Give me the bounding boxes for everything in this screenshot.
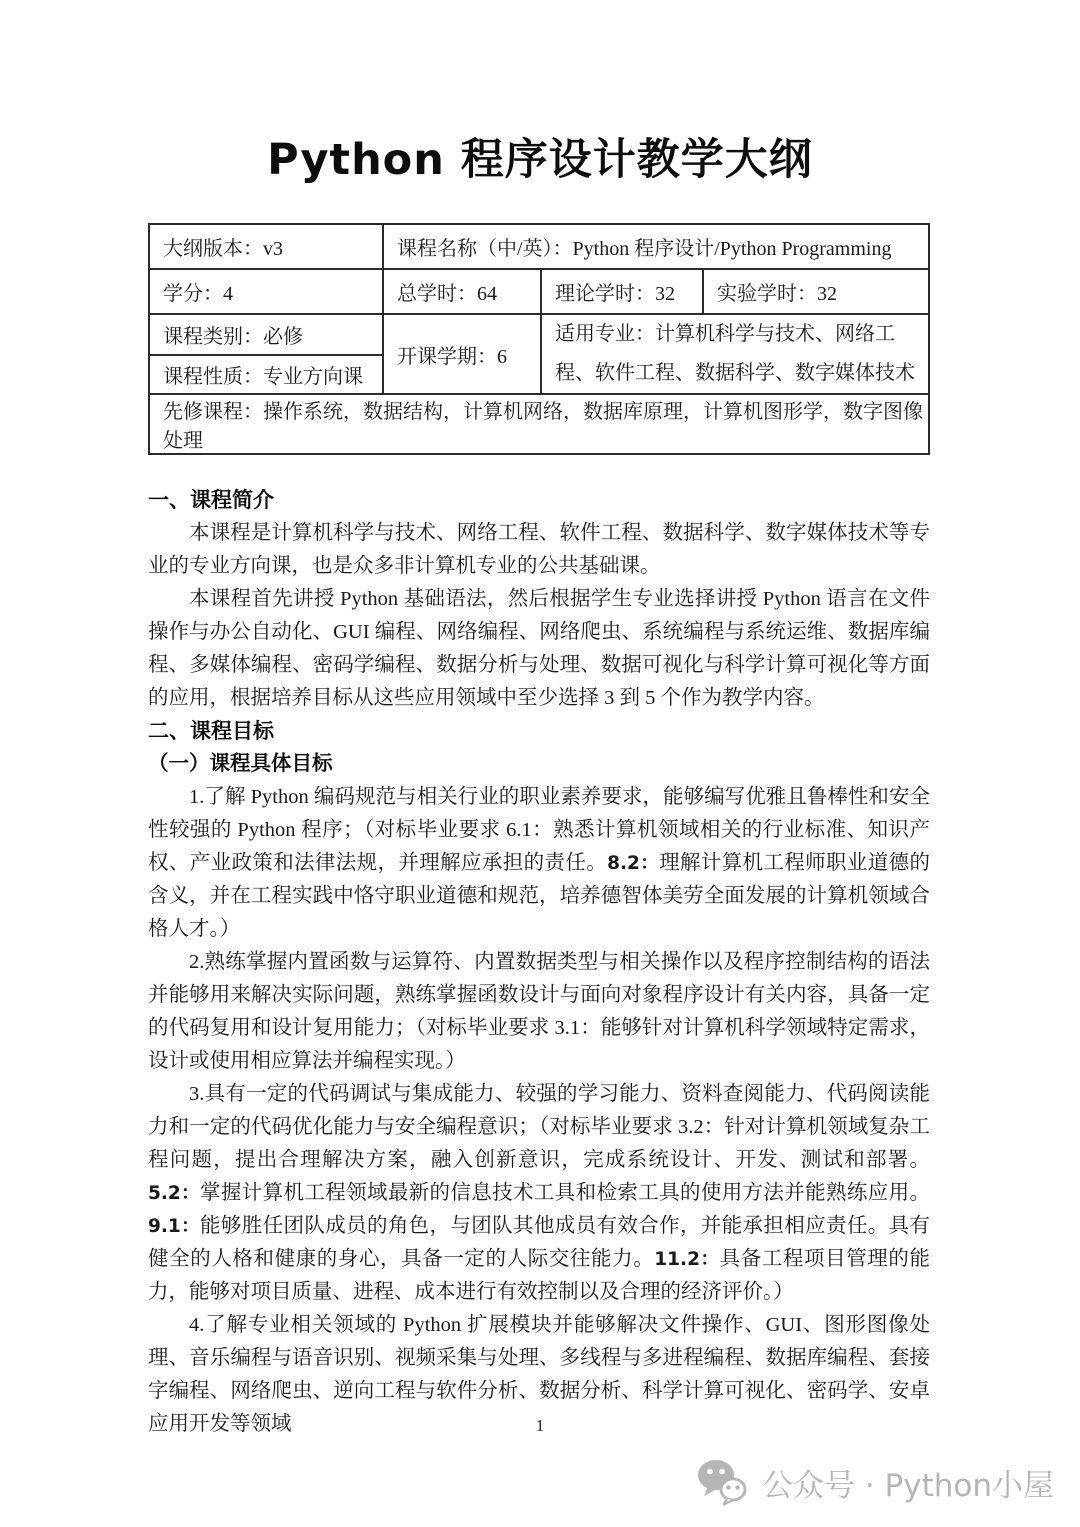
cell-prerequisites: 先修课程：操作系统，数据结构，计算机网络，数据库原理，计算机图形学，数字图像处理	[149, 394, 929, 454]
section-heading-goals: 二、课程目标	[148, 715, 930, 748]
document-page: Python 程序设计教学大纲 大纲版本：v3 课程名称（中/英）：Python…	[0, 0, 1080, 1527]
cell-majors: 适用专业：计算机科学与技术、网络工程、软件工程、数据科学、数字媒体技术	[541, 314, 929, 394]
cell-semester: 开课学期：6	[383, 314, 541, 394]
goal-paragraph-1: 1.了解 Python 编码规范与相关行业的职业素养要求，能够编写优雅且鲁棒性和…	[148, 781, 930, 946]
cell-theory-hours: 理论学时：32	[541, 269, 703, 314]
subsection-heading-specific-goals: （一）课程具体目标	[148, 748, 930, 781]
intro-paragraph-1: 本课程是计算机科学与技术、网络工程、软件工程、数据科学、数字媒体技术等专业的专业…	[148, 517, 930, 583]
cell-version: 大纲版本：v3	[149, 224, 383, 269]
goal-paragraph-2: 2.熟练掌握内置函数与运算符、内置数据类型与相关操作以及程序控制结构的语法并能够…	[148, 946, 930, 1078]
watermark: 公众号 · Python小屋	[696, 1458, 1054, 1506]
section-heading-intro: 一、课程简介	[148, 484, 930, 517]
goal1-requirement-number: 8.2：	[607, 853, 659, 874]
page-title: Python 程序设计教学大纲	[0, 126, 1080, 187]
table-row: 大纲版本：v3 课程名称（中/英）：Python 程序设计/Python Pro…	[149, 224, 929, 269]
goal2-text: 2.熟练掌握内置函数与运算符、内置数据类型与相关操作以及程序控制结构的语法并能够…	[148, 951, 930, 1072]
cell-credits: 学分：4	[149, 269, 383, 314]
cell-category: 课程类别：必修	[149, 314, 383, 355]
table-row: 学分：4 总学时：64 理论学时：32 实验学时：32	[149, 269, 929, 314]
wechat-icon	[696, 1458, 748, 1506]
goal3-text: 掌握计算机工程领域最新的信息技术工具和检索工具的使用方法并能熟练应用。	[200, 1182, 930, 1204]
document-body: 一、课程简介 本课程是计算机科学与技术、网络工程、软件工程、数据科学、数字媒体技…	[148, 484, 930, 1441]
course-info-table: 大纲版本：v3 课程名称（中/英）：Python 程序设计/Python Pro…	[148, 223, 930, 455]
goal-paragraph-3: 3.具有一定的代码调试与集成能力、较强的学习能力、资料查阅能力、代码阅读能力和一…	[148, 1078, 930, 1309]
goal3-requirement-number: 9.1：	[148, 1216, 200, 1237]
table-row: 先修课程：操作系统，数据结构，计算机网络，数据库原理，计算机图形学，数字图像处理	[149, 394, 929, 454]
cell-lab-hours: 实验学时：32	[703, 269, 929, 314]
watermark-text: 公众号 · Python小屋	[762, 1460, 1054, 1505]
cell-nature: 课程性质：专业方向课	[149, 355, 383, 395]
page-number: 1	[0, 1416, 1080, 1436]
cell-course-name: 课程名称（中/英）：Python 程序设计/Python Programming	[383, 224, 929, 269]
table-row: 课程类别：必修 开课学期：6 适用专业：计算机科学与技术、网络工程、软件工程、数…	[149, 314, 929, 355]
intro-paragraph-2: 本课程首先讲授 Python 基础语法，然后根据学生专业选择讲授 Python …	[148, 583, 930, 715]
cell-total-hours: 总学时：64	[383, 269, 541, 314]
goal3-requirement-number: 5.2：	[148, 1183, 200, 1204]
goal3-text: 3.具有一定的代码调试与集成能力、较强的学习能力、资料查阅能力、代码阅读能力和一…	[148, 1083, 930, 1171]
goal3-requirement-number: 11.2：	[654, 1249, 719, 1270]
